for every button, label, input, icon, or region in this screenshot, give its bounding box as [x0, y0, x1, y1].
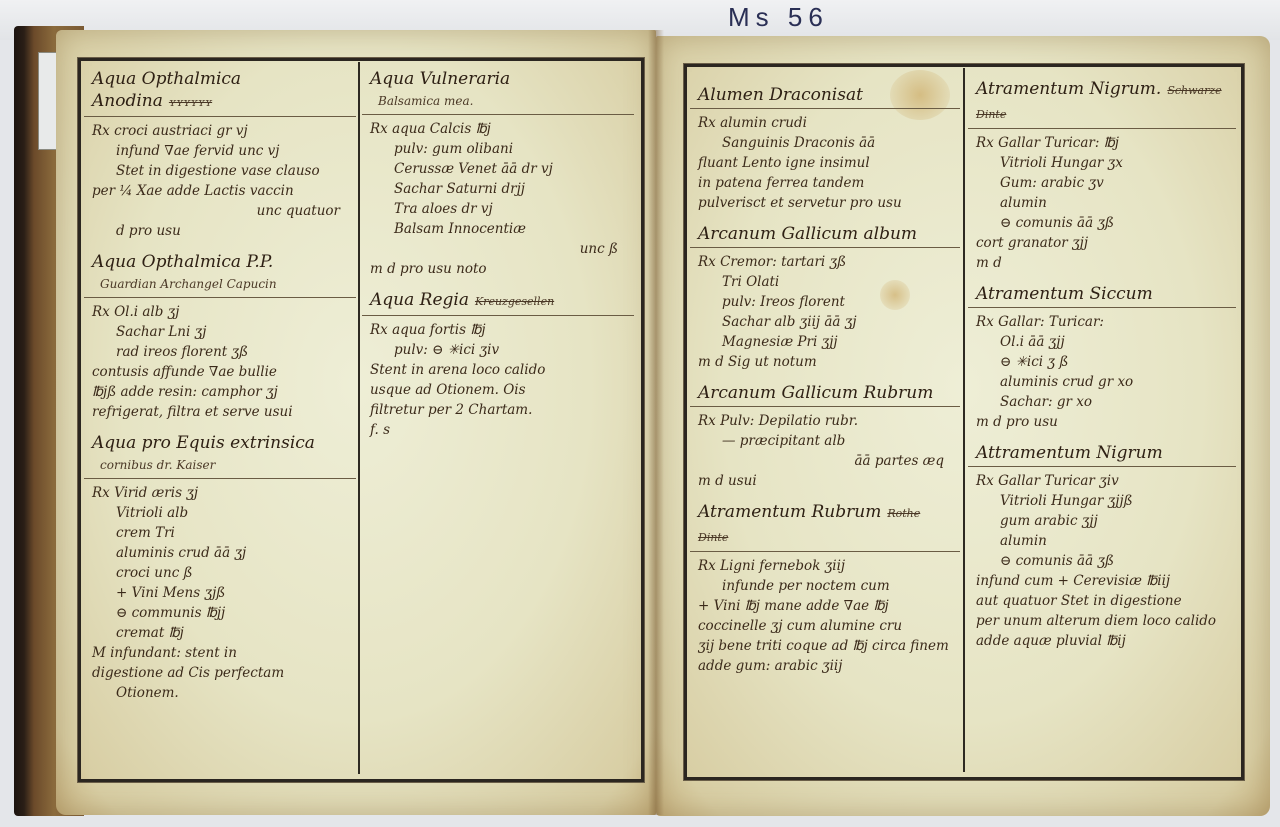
recipe-line: pulv: gum olibani [370, 139, 628, 159]
recipe-line: Stet in digestione vase clauso [92, 161, 350, 181]
recipe-line: Sachar Saturni drjj [370, 179, 628, 199]
recipe-title-text: Arcanum Gallicum album [698, 224, 917, 244]
recipe-subtitle: cornibus dr. Kaiser [92, 454, 350, 476]
recipe-line: infund cum + Cerevisiæ ℔iij [976, 571, 1230, 591]
recipe-line: f. s [370, 420, 628, 440]
recipe-body: Rx Virid æris ʒjVitrioli albcrem Trialum… [84, 479, 356, 709]
recipe-entry: Arcanum Gallicum albumRx Cremor: tartari… [690, 219, 960, 378]
recipe-line: usque ad Otionem. Ois [370, 380, 628, 400]
recipe-line: Rx Virid æris ʒj [92, 483, 350, 503]
recipe-line: Vitrioli Hungar ʒx [976, 153, 1230, 173]
recipe-line: Rx Ol.i alb ʒj [92, 302, 350, 322]
recipe-line: rad ireos florent ʒß [92, 342, 350, 362]
recipe-body: Rx Ol.i alb ʒjSachar Lni ʒjrad ireos flo… [84, 298, 356, 428]
recipe-title: Atramentum Siccum [968, 279, 1236, 308]
recipe-line: Sachar alb ʒiij āā ʒj [698, 312, 954, 332]
recipe-title: Arcanum Gallicum Rubrum [690, 378, 960, 407]
recipe-line: M infundant: stent in [92, 643, 350, 663]
recipe-line: in patena ferrea tandem [698, 173, 954, 193]
left-column-divider [358, 62, 360, 774]
shelfmark-label: Ms 56 [728, 2, 829, 33]
recipe-line: Rx Ligni fernebok ʒiij [698, 556, 954, 576]
recipe-body: Rx Gallar: Turicar:Ol.i āā ʒjj⊖ ✳ici ʒ ß… [968, 308, 1236, 438]
recipe-line: Rx Cremor: tartari ʒß [698, 252, 954, 272]
recipe-subtitle: Balsamica mea. [370, 90, 628, 112]
recipe-line: m d [976, 253, 1230, 273]
book-gutter [648, 30, 664, 815]
recipe-line: aluminis crud āā ʒj [92, 543, 350, 563]
left-page-column-1: Aqua Opthalmica AnodinaʏʏʏʏʏʏRx croci au… [84, 64, 356, 709]
recipe-line: Rx Gallar Turicar ʒiv [976, 471, 1230, 491]
recipe-line: m d pro usu [976, 412, 1230, 432]
recipe-subtitle: Guardian Archangel Capucin [92, 273, 350, 295]
recipe-line: adde aquæ pluvial ℔ij [976, 631, 1230, 651]
recipe-body: Rx aqua fortis ℔jpulv: ⊖ ✳ici ʒivStent i… [362, 316, 634, 446]
recipe-title: Atramentum Nigrum.Schwarze Dinte [968, 74, 1236, 129]
recipe-title: Aqua RegiaKreuzgesellen [362, 285, 634, 316]
recipe-title: Arcanum Gallicum album [690, 219, 960, 248]
recipe-line: m d Sig ut notum [698, 352, 954, 372]
right-page-column-1: Alumen DraconisatRx alumin crudiSanguini… [690, 80, 960, 682]
recipe-line: Sanguinis Draconis āā [698, 133, 954, 153]
recipe-entry: Aqua RegiaKreuzgesellenRx aqua fortis ℔j… [362, 285, 634, 446]
recipe-title-text: Atramentum Rubrum [698, 502, 881, 522]
recipe-title-text: Aqua pro Equis extrinsica [92, 433, 315, 453]
recipe-line: Tri Olati [698, 272, 954, 292]
recipe-line: Otionem. [92, 683, 350, 703]
recipe-body: Rx Gallar Turicar: ℔jVitrioli Hungar ʒxG… [968, 129, 1236, 279]
recipe-line: digestione ad Cis perfectam [92, 663, 350, 683]
recipe-line: fluant Lento igne insimul [698, 153, 954, 173]
recipe-line: Vitrioli alb [92, 503, 350, 523]
recipe-title-text: Aqua Opthalmica Anodina [92, 69, 241, 111]
struck-annotation: Kreuzgesellen [475, 295, 554, 308]
recipe-line: alumin [976, 193, 1230, 213]
recipe-line: Rx Gallar: Turicar: [976, 312, 1230, 332]
recipe-line: unc ß [370, 239, 628, 259]
recipe-title-text: Atramentum Nigrum. [976, 79, 1161, 99]
recipe-line: — præcipitant alb [698, 431, 954, 451]
left-page-column-2: Aqua VulnerariaBalsamica mea.Rx aqua Cal… [362, 64, 634, 446]
recipe-title: Aqua Opthalmica P.P.Guardian Archangel C… [84, 247, 356, 298]
recipe-title-text: Atramentum Siccum [976, 284, 1153, 304]
recipe-line: Ol.i āā ʒjj [976, 332, 1230, 352]
recipe-line: ℔jß adde resin: camphor ʒj [92, 382, 350, 402]
recipe-line: aut quatuor Stet in digestione [976, 591, 1230, 611]
recipe-line: filtretur per 2 Chartam. [370, 400, 628, 420]
recipe-entry: Aqua Opthalmica P.P.Guardian Archangel C… [84, 247, 356, 428]
recipe-line: per unum alterum diem loco calido [976, 611, 1230, 631]
right-page-column-2: Atramentum Nigrum.Schwarze DinteRx Galla… [968, 74, 1236, 657]
recipe-entry: Arcanum Gallicum RubrumRx Pulv: Depilati… [690, 378, 960, 497]
recipe-body: Rx Pulv: Depilatio rubr.— præcipitant al… [690, 407, 960, 497]
struck-annotation: ʏʏʏʏʏʏ [169, 96, 212, 109]
recipe-body: Rx aqua Calcis ℔jpulv: gum olibaniCeruss… [362, 115, 634, 285]
recipe-line: Rx alumin crudi [698, 113, 954, 133]
recipe-title-text: Arcanum Gallicum Rubrum [698, 383, 933, 403]
recipe-line: aluminis crud gr xo [976, 372, 1230, 392]
recipe-title: Alumen Draconisat [690, 80, 960, 109]
recipe-line: adde gum: arabic ʒiij [698, 656, 954, 676]
recipe-line: per ¼ Xae adde Lactis vaccin [92, 181, 350, 201]
recipe-line: crem Tri [92, 523, 350, 543]
recipe-body: Rx Ligni fernebok ʒiijinfunde per noctem… [690, 552, 960, 682]
recipe-body: Rx croci austriaci gr vjinfund ∇ae fervi… [84, 117, 356, 247]
recipe-line: Rx croci austriaci gr vj [92, 121, 350, 141]
recipe-line: croci unc ß [92, 563, 350, 583]
recipe-body: Rx alumin crudiSanguinis Draconis āāflua… [690, 109, 960, 219]
recipe-line: ⊖ comunis āā ʒß [976, 213, 1230, 233]
recipe-line: refrigerat, filtra et serve usui [92, 402, 350, 422]
recipe-line: Rx Gallar Turicar: ℔j [976, 133, 1230, 153]
recipe-line: pulv: ⊖ ✳ici ʒiv [370, 340, 628, 360]
recipe-line: gum arabic ʒjj [976, 511, 1230, 531]
recipe-line: Rx Pulv: Depilatio rubr. [698, 411, 954, 431]
recipe-line: coccinelle ʒj cum alumine cru [698, 616, 954, 636]
recipe-line: Vitrioli Hungar ʒjjß [976, 491, 1230, 511]
recipe-title: Attramentum Nigrum [968, 438, 1236, 467]
recipe-body: Rx Cremor: tartari ʒßTri Olatipulv: Ireo… [690, 248, 960, 378]
recipe-entry: Atramentum RubrumRothe DinteRx Ligni fer… [690, 497, 960, 682]
recipe-line: infund ∇ae fervid unc vj [92, 141, 350, 161]
recipe-line: Sachar Lni ʒj [92, 322, 350, 342]
recipe-line: contusis affunde ∇ae bullie [92, 362, 350, 382]
recipe-line: Cerussæ Venet āā dr vj [370, 159, 628, 179]
recipe-body: Rx Gallar Turicar ʒivVitrioli Hungar ʒjj… [968, 467, 1236, 657]
recipe-entry: Aqua pro Equis extrinsicacornibus dr. Ka… [84, 428, 356, 709]
recipe-entry: Attramentum NigrumRx Gallar Turicar ʒivV… [968, 438, 1236, 657]
recipe-title: Aqua Opthalmica Anodinaʏʏʏʏʏʏ [84, 64, 356, 117]
recipe-title: Aqua pro Equis extrinsicacornibus dr. Ka… [84, 428, 356, 479]
recipe-entry: Aqua Opthalmica AnodinaʏʏʏʏʏʏRx croci au… [84, 64, 356, 247]
recipe-entry: Atramentum SiccumRx Gallar: Turicar:Ol.i… [968, 279, 1236, 438]
recipe-line: ⊖ ✳ici ʒ ß [976, 352, 1230, 372]
recipe-line: m d usui [698, 471, 954, 491]
recipe-line: infunde per noctem cum [698, 576, 954, 596]
recipe-title: Atramentum RubrumRothe Dinte [690, 497, 960, 552]
recipe-line: Tra aloes dr vj [370, 199, 628, 219]
recipe-entry: Alumen DraconisatRx alumin crudiSanguini… [690, 80, 960, 219]
recipe-line: pulverisct et servetur pro usu [698, 193, 954, 213]
recipe-line: alumin [976, 531, 1230, 551]
recipe-title: Aqua VulnerariaBalsamica mea. [362, 64, 634, 115]
recipe-line: Sachar: gr xo [976, 392, 1230, 412]
recipe-line: + Vini ℔j mane adde ∇ae ℔j [698, 596, 954, 616]
recipe-line: d pro usu [92, 221, 350, 241]
recipe-line: unc quatuor [92, 201, 350, 221]
recipe-title-text: Aqua Regia [370, 290, 469, 310]
recipe-entry: Aqua VulnerariaBalsamica mea.Rx aqua Cal… [362, 64, 634, 285]
recipe-line: pulv: Ireos florent [698, 292, 954, 312]
recipe-title-text: Aqua Vulneraria [370, 69, 510, 89]
recipe-line: āā partes æq [698, 451, 954, 471]
recipe-title-text: Alumen Draconisat [698, 85, 863, 105]
right-column-divider [963, 68, 965, 772]
recipe-line: Magnesiæ Pri ʒjj [698, 332, 954, 352]
recipe-line: Gum: arabic ʒv [976, 173, 1230, 193]
recipe-title-text: Aqua Opthalmica P.P. [92, 252, 273, 272]
recipe-line: m d pro usu noto [370, 259, 628, 279]
recipe-line: cremat ℔j [92, 623, 350, 643]
recipe-line: Rx aqua fortis ℔j [370, 320, 628, 340]
recipe-line: Stent in arena loco calido [370, 360, 628, 380]
recipe-line: Rx aqua Calcis ℔j [370, 119, 628, 139]
recipe-line: ʒij bene triti coque ad ℔j circa finem [698, 636, 954, 656]
recipe-line: cort granator ʒjj [976, 233, 1230, 253]
recipe-entry: Atramentum Nigrum.Schwarze DinteRx Galla… [968, 74, 1236, 279]
recipe-title-text: Attramentum Nigrum [976, 443, 1163, 463]
recipe-line: ⊖ communis ℔jj [92, 603, 350, 623]
recipe-line: ⊖ comunis āā ʒß [976, 551, 1230, 571]
recipe-line: + Vini Mens ʒjß [92, 583, 350, 603]
recipe-line: Balsam Innocentiæ [370, 219, 628, 239]
